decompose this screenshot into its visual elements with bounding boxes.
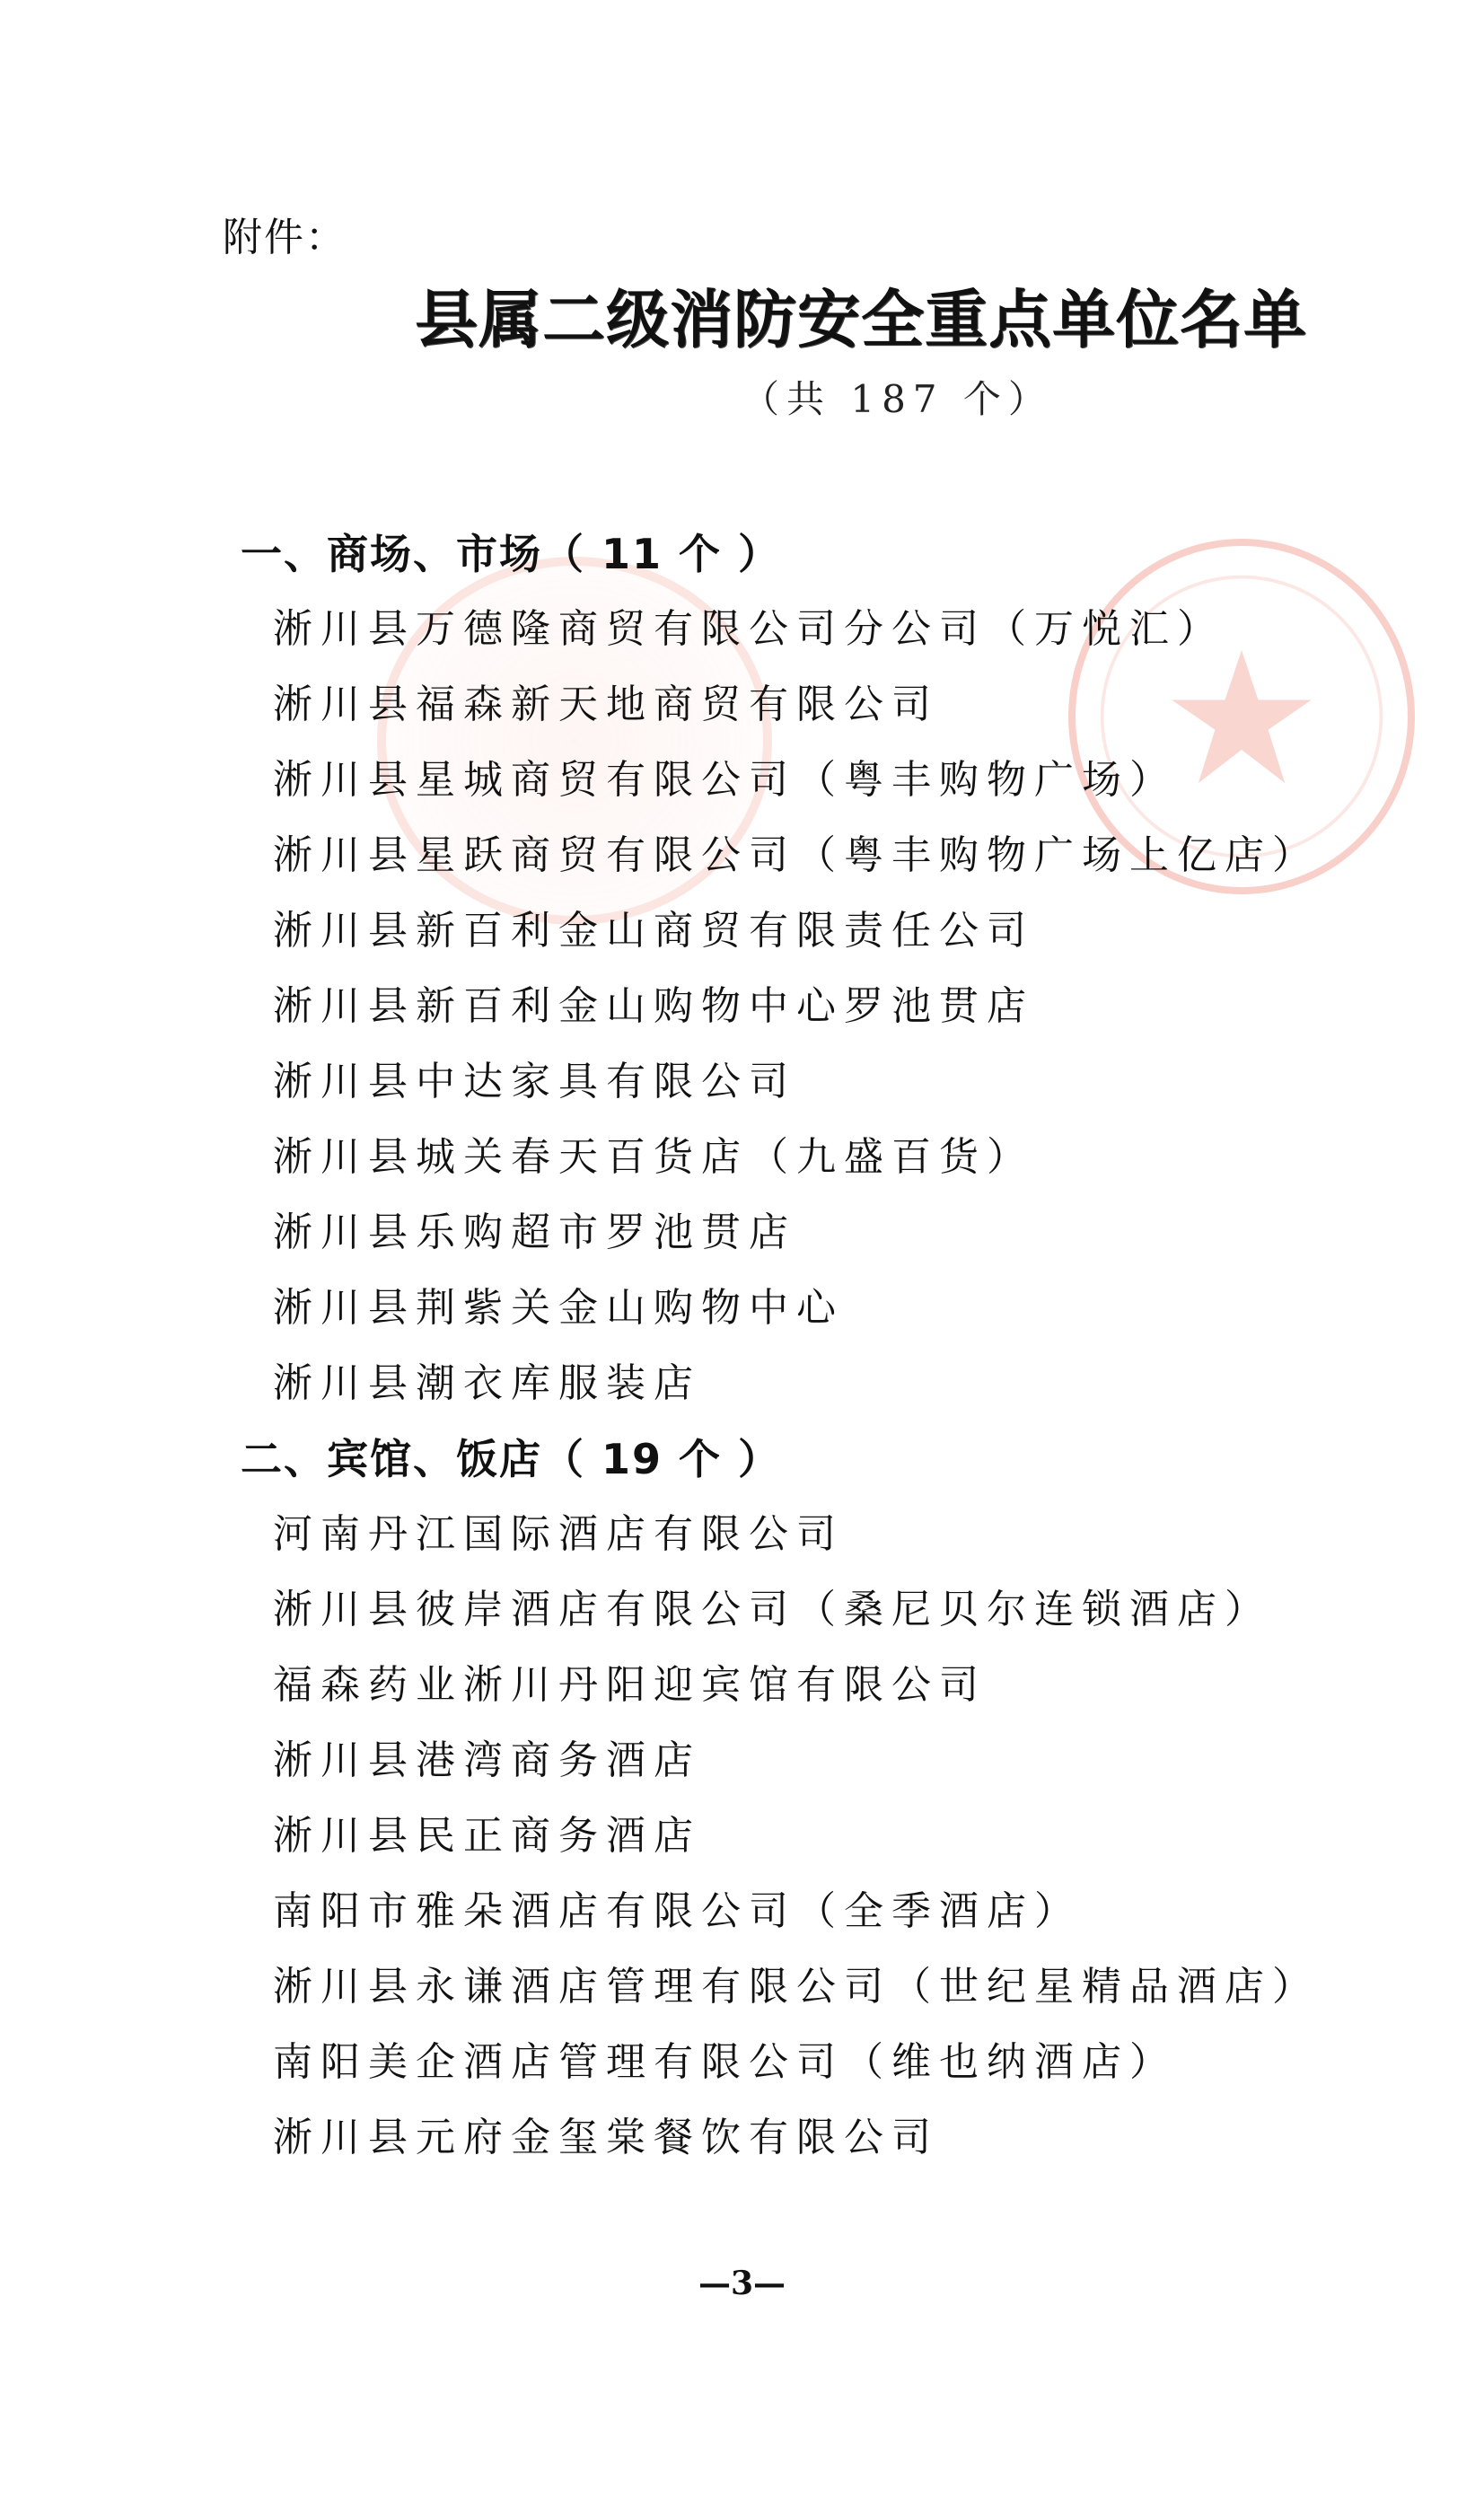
document-subtitle-count: （共 187 个）	[742, 370, 1053, 424]
list-item: 淅川县星城商贸有限公司（粤丰购物广场）	[241, 743, 1408, 818]
list-item: 淅川县荆紫关金山购物中心	[241, 1271, 1408, 1346]
list-item: 淅川县城关春天百货店（九盛百货）	[241, 1120, 1408, 1195]
list-item: 淅川县民正商务酒店	[241, 1799, 1408, 1874]
list-item: 淅川县港湾商务酒店	[241, 1723, 1408, 1799]
section-heading: 一、商场、市场（ 11 个 ）	[241, 516, 1408, 592]
list-item: 淅川县星跃商贸有限公司（粤丰购物广场上亿店）	[241, 818, 1408, 893]
list-item: 淅川县新百利金山商贸有限责任公司	[241, 893, 1408, 969]
list-item: 淅川县彼岸酒店有限公司（桑尼贝尔连锁酒店）	[241, 1572, 1408, 1648]
list-item: 淅川县福森新天地商贸有限公司	[241, 667, 1408, 743]
section-heading: 二、宾馆、饭店（ 19 个 ）	[241, 1421, 1408, 1497]
section-hotels-restaurants: 二、宾馆、饭店（ 19 个 ） 河南丹江国际酒店有限公司 淅川县彼岸酒店有限公司…	[241, 1421, 1408, 2176]
page-number: —3—	[0, 2265, 1484, 2302]
list-item: 南阳市雅朵酒店有限公司（全季酒店）	[241, 1874, 1408, 1949]
list-item: 淅川县乐购超市罗池贯店	[241, 1195, 1408, 1271]
section-malls-markets: 一、商场、市场（ 11 个 ） 淅川县万德隆商贸有限公司分公司（万悦汇） 淅川县…	[241, 516, 1408, 1421]
list-item: 淅川县潮衣库服装店	[241, 1346, 1408, 1421]
attachment-label: 附件：	[223, 205, 347, 262]
list-item: 淅川县万德隆商贸有限公司分公司（万悦汇）	[241, 592, 1408, 667]
list-item: 福森药业淅川丹阳迎宾馆有限公司	[241, 1648, 1408, 1723]
unit-list: 一、商场、市场（ 11 个 ） 淅川县万德隆商贸有限公司分公司（万悦汇） 淅川县…	[241, 516, 1408, 2176]
list-item: 淅川县元府金玺棠餐饮有限公司	[241, 2100, 1408, 2176]
list-item: 河南丹江国际酒店有限公司	[241, 1497, 1408, 1572]
list-item: 淅川县新百利金山购物中心罗池贯店	[241, 969, 1408, 1044]
document-page: 附件： 县属二级消防安全重点单位名单 （共 187 个） 一、商场、市场（ 11…	[0, 0, 1484, 2507]
list-item: 淅川县永谦酒店管理有限公司（世纪星精品酒店）	[241, 1949, 1408, 2025]
document-title: 县属二级消防安全重点单位名单	[415, 269, 1307, 360]
list-item: 淅川县中达家具有限公司	[241, 1044, 1408, 1120]
list-item: 南阳美企酒店管理有限公司（维也纳酒店）	[241, 2025, 1408, 2100]
